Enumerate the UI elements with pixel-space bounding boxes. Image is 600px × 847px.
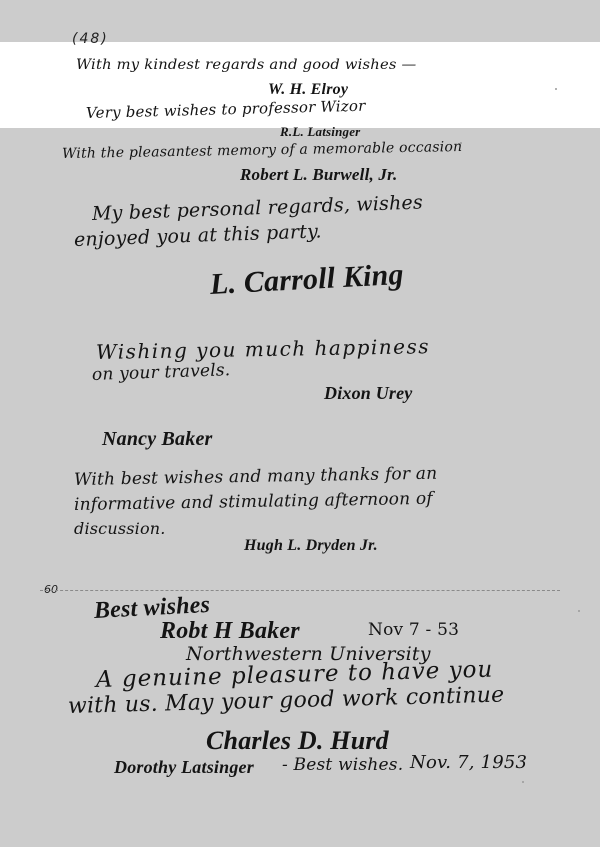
scan-speck: [522, 781, 524, 783]
entry-1-message: With my kindest regards and good wishes …: [76, 57, 416, 73]
entry-10-date: Nov. 7, 1953: [410, 752, 527, 773]
entry-3-signature: Robert L. Burwell, Jr.: [240, 165, 397, 185]
entry-10-message: - Best wishes.: [282, 755, 403, 775]
entry-7-message-line-3: discussion.: [74, 519, 166, 538]
entry-5-message-line-2: on your travels.: [92, 360, 231, 385]
entry-6-signature: Nancy Baker: [102, 428, 213, 451]
entry-10-signature: Dorothy Latsinger: [114, 757, 254, 778]
scan-speck: [460, 142, 462, 144]
scan-speck: [578, 610, 580, 612]
entry-2-signature: R.L. Latsinger: [280, 124, 360, 140]
document-page: (48) With my kindest regards and good wi…: [0, 0, 600, 847]
scan-speck: [555, 88, 557, 90]
entry-5-signature: Dixon Urey: [324, 383, 413, 404]
entry-4-message-line-2: enjoyed you at this party.: [74, 220, 322, 251]
entry-4-message-line-1: My best personal regards, wishes: [92, 191, 424, 225]
entry-3-message: With the pleasantest memory of a memorab…: [62, 139, 463, 162]
entry-8-date: Nov 7 - 53: [368, 620, 459, 640]
entry-7-message-line-1: With best wishes and many thanks for an: [74, 464, 438, 490]
entry-1-signature: W. H. Elroy: [268, 81, 348, 99]
entry-9-signature: Charles D. Hurd: [206, 726, 389, 756]
entry-8-signature: Robt H Baker: [160, 618, 300, 645]
entry-4-signature: L. Carroll King: [209, 258, 404, 302]
entry-5-message-line-1: Wishing you much happiness: [96, 334, 430, 364]
section-divider: [40, 590, 560, 591]
page-marker-top: (48): [72, 31, 109, 47]
entry-7-signature: Hugh L. Dryden Jr.: [244, 537, 378, 555]
entry-7-message-line-2: informative and stimulating afternoon of: [74, 489, 433, 515]
